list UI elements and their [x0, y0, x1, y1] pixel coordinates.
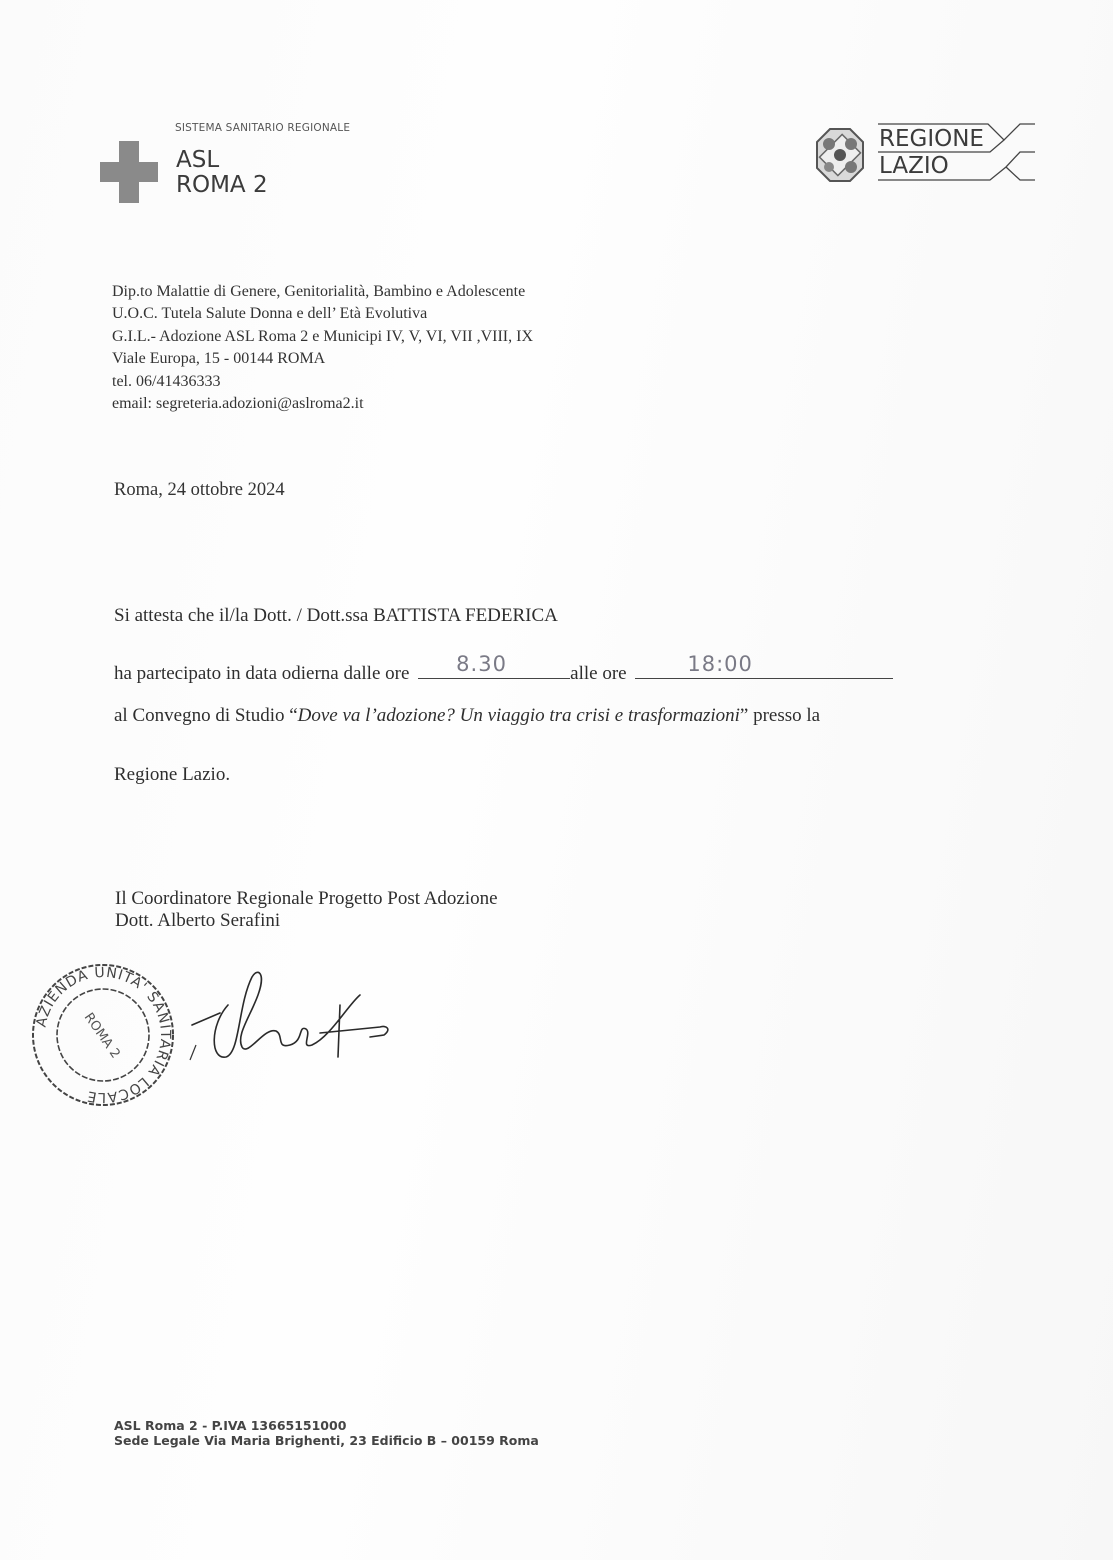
conference-line: al Convegno di Studio “Dove va l’adozion…: [114, 705, 820, 727]
conference-suffix: ” presso la: [740, 705, 820, 726]
participation-line: ha partecipato in data odierna dalle ore…: [114, 658, 893, 685]
svg-text:ROMA 2: ROMA 2: [81, 1010, 123, 1061]
system-label: SISTEMA SANITARIO REGIONALE: [175, 122, 350, 134]
lazio-line: LAZIO: [879, 153, 984, 180]
end-time-field: 18:00: [635, 658, 893, 679]
footer-legal-address: Sede Legale Via Maria Brighenti, 23 Edif…: [114, 1433, 539, 1448]
participation-prefix: ha partecipato in data odierna dalle ore: [114, 663, 409, 684]
regione-lazio-text: REGIONE LAZIO: [879, 126, 984, 180]
document-page: SISTEMA SANITARIO REGIONALE ASL ROMA 2 R…: [0, 0, 1113, 1560]
start-time-handwritten: 8.30: [456, 652, 507, 676]
regione-line: REGIONE: [879, 126, 984, 153]
handwritten-signature: [180, 965, 410, 1075]
sender-phone: tel. 06/41436333: [112, 371, 533, 393]
signatory-block: Il Coordinatore Regionale Progetto Post …: [115, 888, 498, 932]
asl-org-line1: ASL: [176, 148, 268, 173]
start-time-field: 8.30: [418, 658, 570, 679]
sender-group: G.I.L.- Adozione ASL Roma 2 e Municipi I…: [112, 326, 533, 348]
location-line: Regione Lazio.: [114, 764, 230, 786]
official-stamp-icon: AZIENDA UNITA' SANITARIA LOCALE ROMA 2: [28, 960, 178, 1110]
asl-logo-text: ASL ROMA 2: [176, 148, 268, 198]
attestation-line: Si attesta che il/la Dott. / Dott.ssa BA…: [114, 605, 558, 627]
regione-lazio-emblem-icon: [815, 127, 865, 183]
sender-address: Viale Europa, 15 - 00144 ROMA: [112, 348, 533, 370]
document-date: Roma, 24 ottobre 2024: [114, 480, 285, 501]
conference-title: Dove va l’adozione? Un viaggio tra crisi…: [298, 705, 740, 726]
sender-department: Dip.to Malattie di Genere, Genitorialità…: [112, 281, 533, 303]
sender-email: email: segreteria.adozioni@aslroma2.it: [112, 393, 533, 415]
asl-org-line2: ROMA 2: [176, 173, 268, 198]
footer-vat: ASL Roma 2 - P.IVA 13665151000: [114, 1418, 539, 1433]
end-time-handwritten: 18:00: [687, 652, 753, 676]
signatory-role: Il Coordinatore Regionale Progetto Post …: [115, 888, 498, 910]
footer: ASL Roma 2 - P.IVA 13665151000 Sede Lega…: [114, 1418, 539, 1448]
signatory-name: Dott. Alberto Serafini: [115, 910, 498, 932]
conference-prefix: al Convegno di Studio “: [114, 705, 298, 726]
sender-unit: U.O.C. Tutela Salute Donna e dell’ Età E…: [112, 303, 533, 325]
sender-address-block: Dip.to Malattie di Genere, Genitorialità…: [112, 281, 533, 415]
red-cross-icon: [100, 141, 158, 203]
participation-middle: alle ore: [570, 663, 626, 684]
